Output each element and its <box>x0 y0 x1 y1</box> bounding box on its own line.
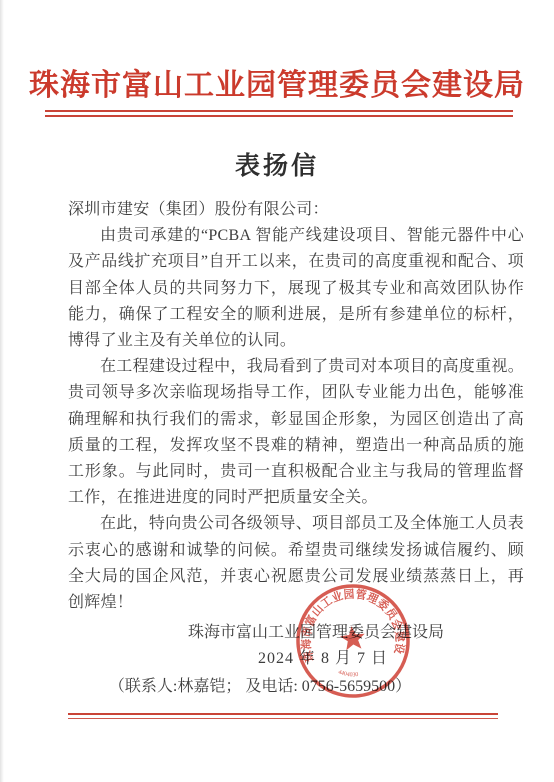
signature-org-name: 珠海市富山工业园管理委员会建设局 <box>0 620 554 646</box>
letter-page: 珠海市富山工业园管理委员会建设局 表扬信 深圳市建安（集团）股份有限公司： 由贵… <box>0 0 554 782</box>
letter-body: 深圳市建安（集团）股份有限公司： 由贵司承建的“PCBA 智能产线建设项目、智能… <box>68 197 524 616</box>
footer-divider <box>68 713 498 719</box>
letterhead-divider <box>45 110 513 117</box>
signature-block: 珠海市富山工业园管理委员会建设局 2024 年 8 月 7 日 （联系人:林嘉铠… <box>0 620 554 700</box>
body-paragraph-2: 在工程建设过程中，我局看到了贵司对本项目的高度重视。贵司领导多次亲临现场指导工作… <box>68 354 524 511</box>
salutation: 深圳市建安（集团）股份有限公司： <box>68 197 524 223</box>
letter-title: 表扬信 <box>0 146 554 182</box>
letterhead-org-name: 珠海市富山工业园管理委员会建设局 <box>0 60 554 104</box>
signature-contact: （联系人:林嘉铠； 及电话: 0756-5659500） <box>0 674 554 700</box>
body-paragraph-3: 在此，特向贵公司各级领导、项目部员工及全体施工人员表示衷心的感谢和诚挚的问候。希… <box>68 511 524 616</box>
signature-date: 2024 年 8 月 7 日 <box>0 646 554 672</box>
body-paragraph-1: 由贵司承建的“PCBA 智能产线建设项目、智能元器件中心及产品线扩充项目”自开工… <box>68 223 524 354</box>
